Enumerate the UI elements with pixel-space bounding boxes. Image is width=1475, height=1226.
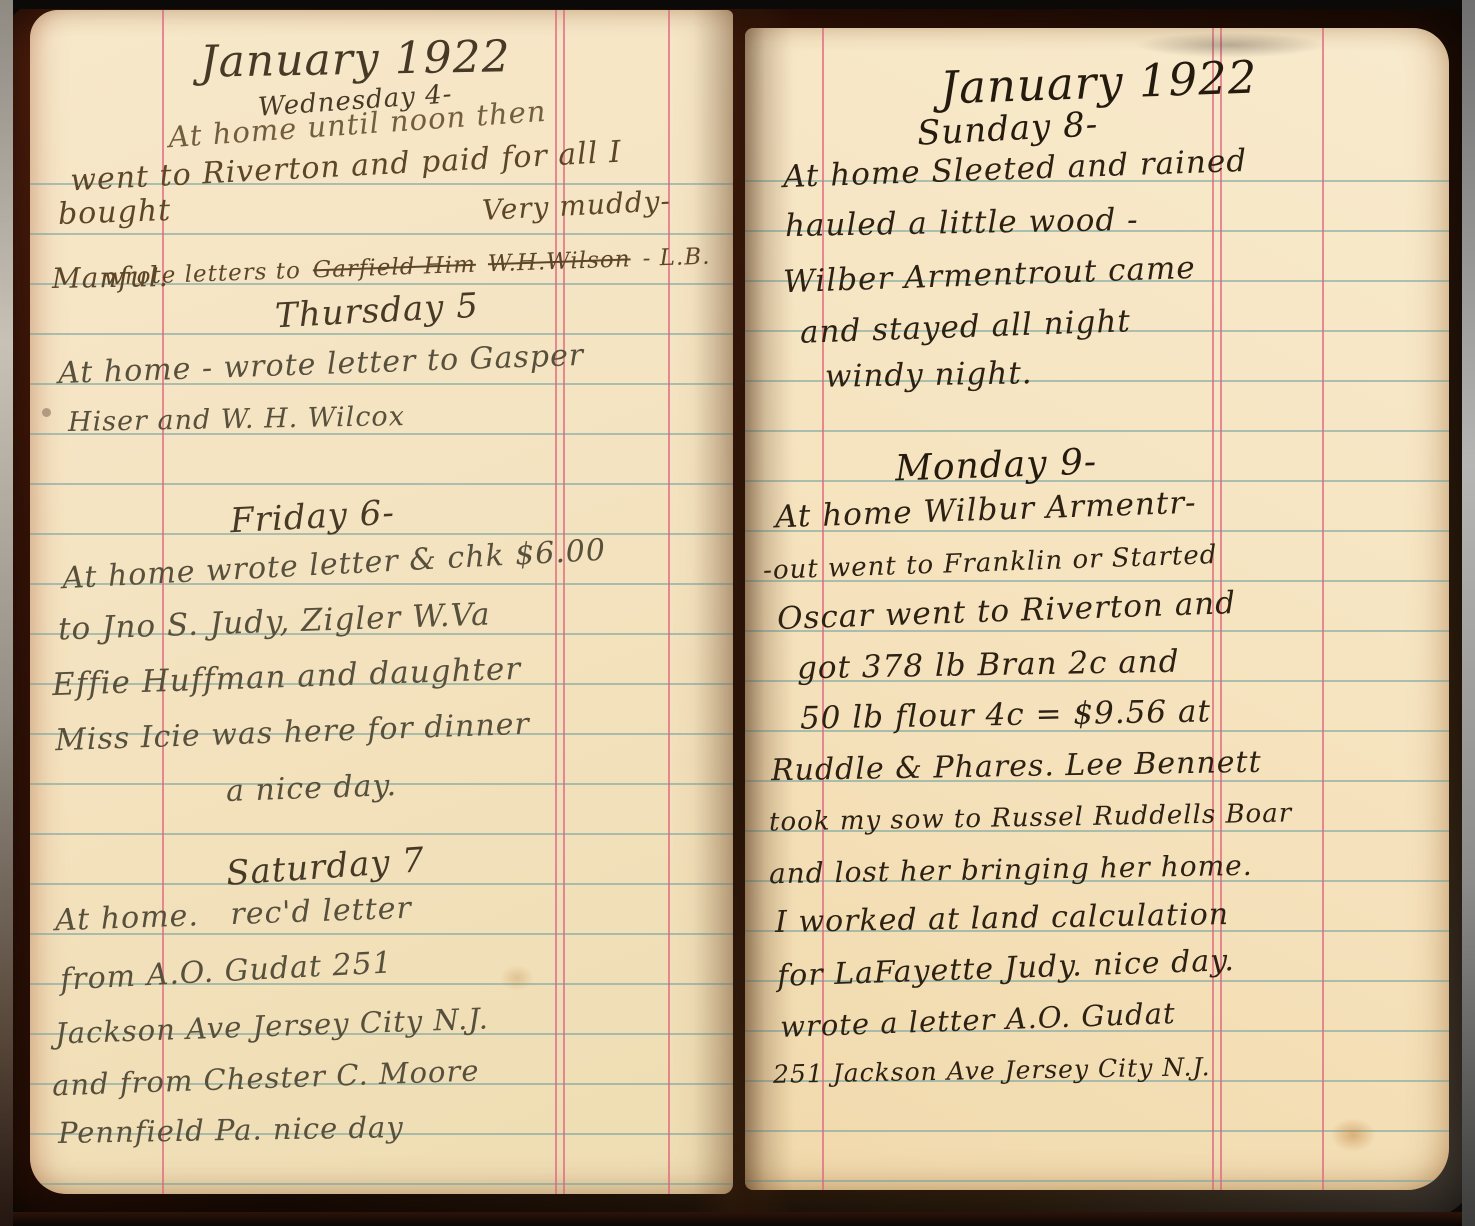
right-page: January 1922 Sunday 8- At home Sleeted a…	[745, 28, 1449, 1190]
struck-text: Garfield Him	[312, 252, 476, 284]
day-header: Sunday 8-	[916, 107, 1099, 150]
entry-line: a nice day.	[226, 771, 398, 807]
entry-line: windy night.	[825, 358, 1033, 393]
red-column-line	[555, 10, 557, 1194]
book-left-edge	[0, 0, 13, 1226]
entry-line: and lost her bringing her home.	[769, 852, 1253, 888]
entry-line: hauled a little wood -	[785, 205, 1139, 242]
month-header: January 1922	[939, 54, 1258, 110]
entry-line: Ruddle & Phares. Lee Bennett	[771, 748, 1262, 787]
entry-text: - L.B.	[642, 244, 711, 272]
month-header: January 1922	[200, 35, 511, 84]
day-header: Friday 6-	[229, 496, 395, 539]
paper-speck	[42, 408, 51, 417]
cover-top-edge	[0, 0, 1475, 9]
red-column-line	[1322, 28, 1324, 1190]
cover-bottom-edge	[0, 1212, 1475, 1226]
diary-photo: January 1922 Wednesday 4- At home until …	[0, 0, 1475, 1226]
day-header: Monday 9-	[894, 444, 1097, 487]
entry-line: Hiser and W. H. Wilcox	[68, 403, 405, 436]
entry-line: 251 Jackson Ave Jersey City N.J.	[773, 1054, 1211, 1087]
left-page: January 1922 Wednesday 4- At home until …	[30, 10, 733, 1194]
entry-line: Manful.	[52, 263, 169, 293]
struck-text: W.H.Wilson	[487, 246, 631, 277]
book-right-edge	[1462, 0, 1475, 1226]
entry-line: got 378 lb Bran 2c and	[797, 647, 1180, 685]
day-header: Thursday 5	[274, 289, 479, 334]
entry-line: 50 lb flour 4c = $9.56 at	[800, 696, 1211, 734]
entry-line: bought	[58, 196, 172, 230]
entry-line: I worked at land calculation	[775, 900, 1230, 938]
red-column-line	[563, 10, 565, 1194]
entry-line: Pennfield Pa. nice day	[58, 1113, 404, 1148]
